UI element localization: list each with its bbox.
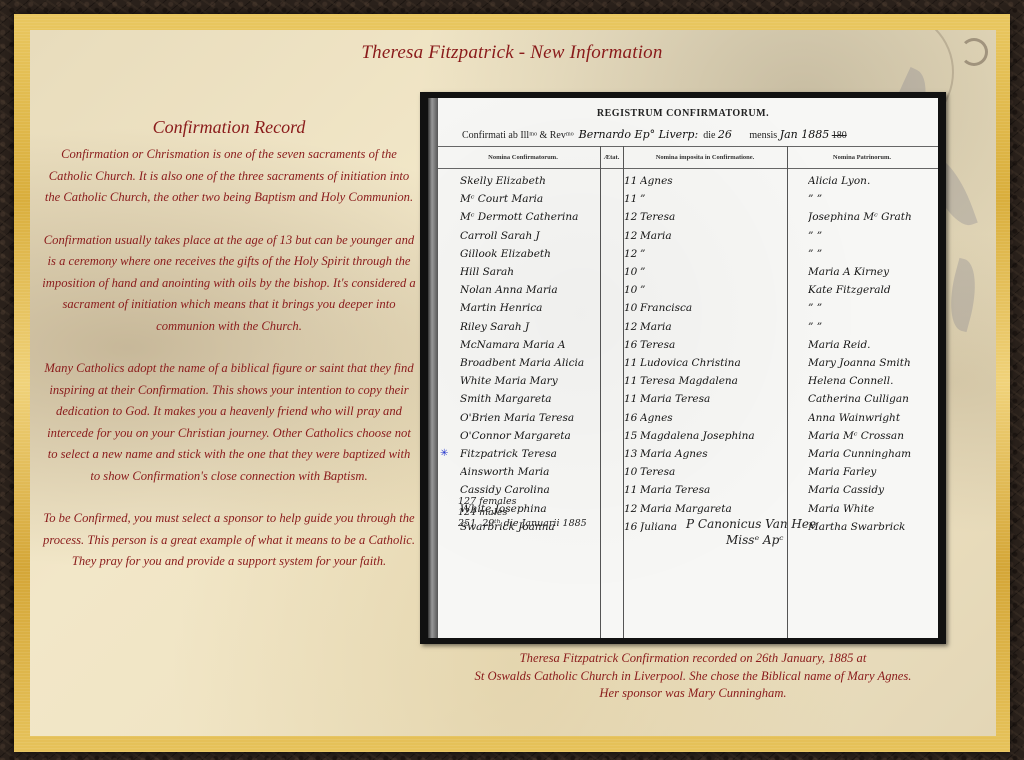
entry-sponsor: Mary Joanna Smith	[808, 357, 958, 369]
table-row: Fitzpatrick Teresa13Maria AgnesMaria Cun…	[446, 447, 938, 465]
entry-sponsor: Alicia Lyon.	[808, 175, 958, 187]
table-row: Mᶜ Court Maria11”” ”	[446, 192, 938, 210]
table-row: Skelly Elizabeth11AgnesAlicia Lyon.	[446, 174, 938, 192]
total-all: 251 29ᵗʰ die Januarii 1885	[458, 518, 587, 529]
entry-name: Skelly Elizabeth	[460, 175, 618, 187]
entry-name: McNamara Maria A	[460, 339, 618, 351]
register-date: 29ᵗʰ die Januarii 1885	[482, 518, 587, 529]
entry-confirmation-name: Magdalena Josephina	[640, 430, 800, 442]
paragraph-biblical-name: Many Catholics adopt the name of a bibli…	[42, 358, 416, 487]
entry-sponsor: Catherina Culligan	[808, 393, 958, 405]
register-page: REGISTRUM CONFIRMATORUM. Confirmati ab I…	[428, 98, 938, 638]
entry-confirmation-name: Maria Agnes	[640, 448, 800, 460]
caption-line-3: Her sponsor was Mary Cunningham.	[420, 685, 966, 703]
entry-confirmation-name: Ludovica Christina	[640, 357, 800, 369]
entry-confirmation-name: Teresa	[640, 211, 800, 223]
entry-name: White Maria Mary	[460, 375, 618, 387]
table-row: O'Brien Maria Teresa16AgnesAnna Wainwrig…	[446, 411, 938, 429]
entry-confirmation-name: Francisca	[640, 302, 800, 314]
entry-sponsor: Kate Fitzgerald	[808, 284, 958, 296]
entry-confirmation-name: Maria	[640, 230, 800, 242]
entry-sponsor: ” ”	[808, 248, 958, 260]
entry-name: Carroll Sarah J	[460, 230, 618, 242]
entry-name: Smith Margareta	[460, 393, 618, 405]
table-row: Nolan Anna Maria10”Kate Fitzgerald	[446, 283, 938, 301]
entry-sponsor: Maria Cunningham	[808, 448, 958, 460]
table-row: Martin Henrica10Francisca” ”	[446, 301, 938, 319]
column-header-sponsor: Nomina Patrinorum.	[787, 154, 937, 161]
register-totals: 127 females 124 males 251 29ᵗʰ die Janua…	[458, 496, 587, 529]
entry-confirmation-name: Teresa	[640, 339, 800, 351]
asterisk-marker-icon: ✳	[440, 448, 448, 459]
register-confirmation-line: Confirmati ab Illᵐᵒ & Revᵐᵒ Bernardo Ep°…	[462, 128, 928, 141]
signature-line-1: P Canonicus Van Hee	[686, 516, 816, 532]
divider	[438, 168, 938, 169]
confirmation-register-image: REGISTRUM CONFIRMATORUM. Confirmati ab I…	[420, 92, 946, 644]
register-bishop: Bernardo Ep° Liverp:	[579, 128, 699, 141]
register-die-label: die	[703, 130, 715, 141]
entry-sponsor: Maria Reid.	[808, 339, 958, 351]
entry-sponsor: Josephina Mᶜ Grath	[808, 211, 958, 223]
entry-sponsor: ” ”	[808, 321, 958, 333]
entry-sponsor: Anna Wainwright	[808, 412, 958, 424]
table-row: Carroll Sarah J12Maria” ”	[446, 229, 938, 247]
table-row: Broadbent Maria Alicia11Ludovica Christi…	[446, 356, 938, 374]
entry-name: Broadbent Maria Alicia	[460, 357, 618, 369]
entry-confirmation-name: Maria Margareta	[640, 503, 800, 515]
entry-confirmation-name: Maria Teresa	[640, 484, 800, 496]
paragraph-sacrament: Confirmation or Chrismation is one of th…	[42, 144, 416, 209]
register-struck-year: 180	[832, 130, 847, 141]
entry-name: Fitzpatrick Teresa	[460, 448, 618, 460]
register-month-year: Jan 1885	[780, 128, 830, 141]
entry-confirmation-name: ”	[640, 284, 800, 296]
table-row: Hill Sarah10”Maria A Kirney	[446, 265, 938, 283]
caption-line-2: St Oswalds Catholic Church in Liverpool.…	[420, 668, 966, 686]
entry-sponsor: Maria White	[808, 503, 958, 515]
entry-name: Hill Sarah	[460, 266, 618, 278]
total-females: 127 females	[458, 496, 587, 507]
entry-name: Nolan Anna Maria	[460, 284, 618, 296]
total-males: 124 males	[458, 507, 587, 518]
column-header-name: Nomina Confirmatorum.	[448, 154, 598, 161]
entry-confirmation-name: ”	[640, 266, 800, 278]
register-caption: Theresa Fitzpatrick Confirmation recorde…	[420, 650, 966, 703]
entry-name: Martin Henrica	[460, 302, 618, 314]
table-row: White Maria Mary11Teresa MagdalenaHelena…	[446, 374, 938, 392]
signature-line-2: Missᵉ Apᶜ	[686, 532, 816, 548]
caption-line-1: Theresa Fitzpatrick Confirmation recorde…	[420, 650, 966, 668]
entry-sponsor: Maria Mᶜ Crossan	[808, 430, 958, 442]
entry-name: Riley Sarah J	[460, 321, 618, 333]
column-header-confirmation-name: Nomina imposita in Confirmatione.	[623, 154, 787, 161]
table-row: McNamara Maria A16TeresaMaria Reid.	[446, 338, 938, 356]
entry-confirmation-name: Agnes	[640, 412, 800, 424]
register-binding	[428, 98, 438, 638]
entry-name: Gillook Elizabeth	[460, 248, 618, 260]
entry-sponsor: Helena Connell.	[808, 375, 958, 387]
entry-confirmation-name: ”	[640, 193, 800, 205]
entry-sponsor: Martha Swarbrick	[808, 521, 958, 533]
entry-sponsor: ” ”	[808, 193, 958, 205]
entry-sponsor: Maria A Kirney	[808, 266, 958, 278]
entry-name: Mᶜ Court Maria	[460, 193, 618, 205]
confirmation-info-column: Confirmation Record Confirmation or Chri…	[42, 117, 416, 594]
register-prefix: Confirmati ab Illᵐᵒ & Revᵐᵒ	[462, 130, 574, 141]
entry-confirmation-name: Teresa Magdalena	[640, 375, 800, 387]
table-row: Gillook Elizabeth12”” ”	[446, 247, 938, 265]
register-heading: REGISTRUM CONFIRMATORUM.	[428, 108, 938, 119]
entry-confirmation-name: Maria	[640, 321, 800, 333]
table-row: Riley Sarah J12Maria” ”	[446, 320, 938, 338]
entry-confirmation-name: Agnes	[640, 175, 800, 187]
entry-sponsor: Maria Farley	[808, 466, 958, 478]
paragraph-sponsor: To be Confirmed, you must select a spons…	[42, 508, 416, 573]
entry-sponsor: Maria Cassidy	[808, 484, 958, 496]
entry-confirmation-name: Teresa	[640, 466, 800, 478]
entry-name: Mᶜ Dermott Catherina	[460, 211, 618, 223]
divider	[438, 146, 938, 147]
table-row: Smith Margareta11Maria TeresaCatherina C…	[446, 392, 938, 410]
section-heading: Confirmation Record	[42, 117, 416, 138]
entry-sponsor: ” ”	[808, 302, 958, 314]
register-signature: P Canonicus Van Hee Missᵉ Apᶜ	[686, 516, 816, 548]
entry-sponsor: ” ”	[808, 230, 958, 242]
table-row: Mᶜ Dermott Catherina12TeresaJosephina Mᶜ…	[446, 210, 938, 228]
entry-name: O'Brien Maria Teresa	[460, 412, 618, 424]
entry-name: Ainsworth Maria	[460, 466, 618, 478]
table-row: Ainsworth Maria10TeresaMaria Farley	[446, 465, 938, 483]
entry-name: O'Connor Margareta	[460, 430, 618, 442]
column-header-age: Ætat.	[600, 154, 623, 161]
entry-name: Cassidy Carolina	[460, 484, 618, 496]
register-day: 26	[718, 128, 732, 141]
register-mensis-label: mensis	[749, 130, 777, 141]
table-row: O'Connor Margareta15Magdalena JosephinaM…	[446, 429, 938, 447]
entry-confirmation-name: ”	[640, 248, 800, 260]
paragraph-ceremony: Confirmation usually takes place at the …	[42, 230, 416, 338]
page-title: Theresa Fitzpatrick - New Information	[0, 42, 1024, 64]
entry-confirmation-name: Maria Teresa	[640, 393, 800, 405]
